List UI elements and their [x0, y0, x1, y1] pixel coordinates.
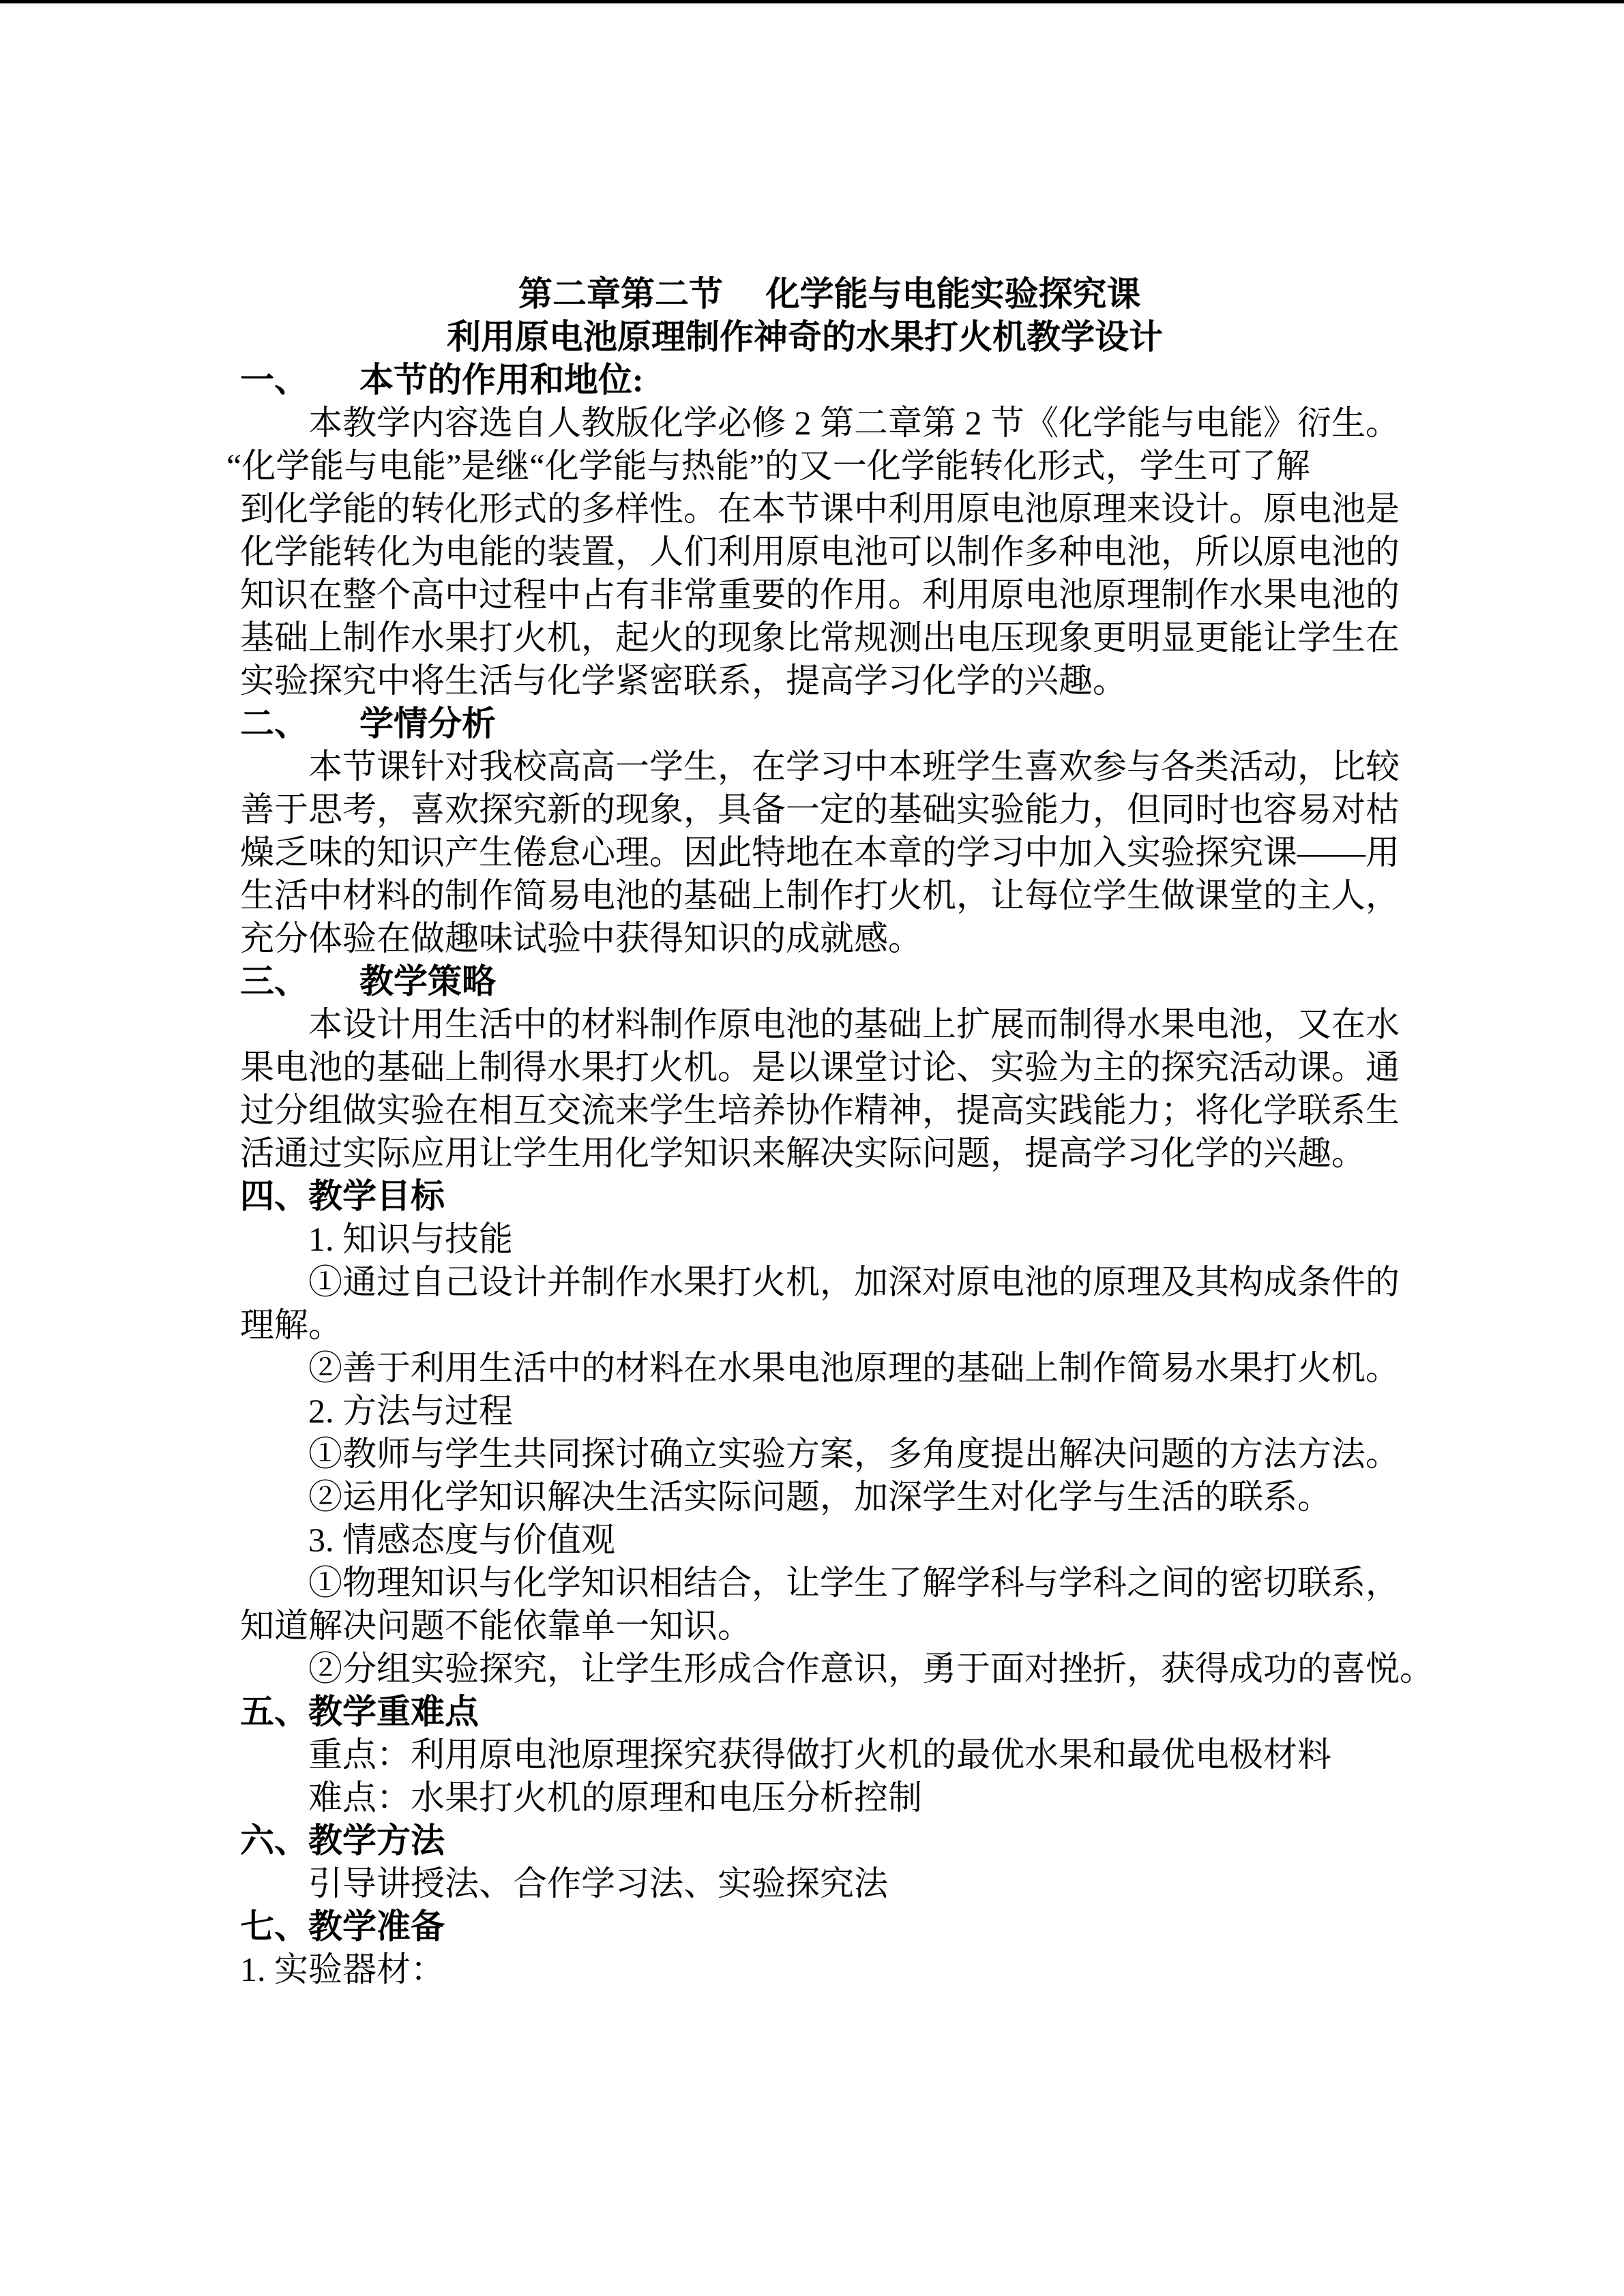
- doc-line: 生活中材料的制作简易电池的基础上制作打火机，让每位学生做课堂的主人，: [240, 874, 1406, 917]
- doc-line: 基础上制作水果打火机，起火的现象比常规测出电压现象更明显更能让学生在: [240, 616, 1406, 659]
- doc-line: ①通过自己设计并制作水果打火机，加深对原电池的原理及其构成条件的: [240, 1261, 1406, 1304]
- doc-line: 本节课针对我校高高一学生，在学习中本班学生喜欢参与各类活动，比较: [240, 745, 1406, 788]
- doc-line: 知识在整个高中过程中占有非常重要的作用。利用原电池原理制作水果电池的: [240, 573, 1406, 616]
- section-heading-1: 一、 本节的作用和地位:: [240, 359, 1406, 402]
- doc-line: ②善于利用生活中的材料在水果电池原理的基础上制作简易水果打火机。: [240, 1347, 1406, 1390]
- document-text-block: 第二章第二节 化学能与电能实验探究课 利用原电池原理制作神奇的水果打火机教学设计…: [240, 273, 1406, 1991]
- doc-line: 过分组做实验在相互交流来学生培养协作精神，提高实践能力；将化学联系生: [240, 1089, 1406, 1132]
- doc-line: 善于思考，喜欢探究新的现象，具备一定的基础实验能力，但同时也容易对枯: [240, 788, 1406, 831]
- page-top-edge: [0, 0, 1624, 3]
- doc-line: 重点：利用原电池原理探究获得做打火机的最优水果和最优电极材料: [240, 1733, 1406, 1776]
- doc-line: 实验探究中将生活与化学紧密联系，提高学习化学的兴趣。: [240, 659, 1406, 702]
- section-heading-3: 三、 教学策略: [240, 960, 1406, 1003]
- section-heading-4: 四、教学目标: [240, 1175, 1406, 1218]
- document-page: 第二章第二节 化学能与电能实验探究课 利用原电池原理制作神奇的水果打火机教学设计…: [0, 0, 1624, 2296]
- doc-line: 本教学内容选自人教版化学必修 2 第二章第 2 节《化学能与电能》衍生。: [240, 402, 1406, 445]
- section-heading-6: 六、教学方法: [240, 1819, 1406, 1862]
- doc-title-line-2: 利用原电池原理制作神奇的水果打火机教学设计: [240, 316, 1406, 359]
- doc-line: ②运用化学知识解决生活实际问题，加深学生对化学与生活的联系。: [240, 1476, 1406, 1519]
- doc-line: 到化学能的转化形式的多样性。在本节课中利用原电池原理来设计。原电池是: [240, 488, 1406, 531]
- doc-line: 2. 方法与过程: [240, 1390, 1406, 1433]
- doc-line: 理解。: [240, 1304, 1406, 1347]
- doc-line: 知道解决问题不能依靠单一知识。: [240, 1605, 1406, 1648]
- doc-line: ①物理知识与化学知识相结合，让学生了解学科与学科之间的密切联系，: [240, 1562, 1406, 1605]
- section-heading-5: 五、教学重难点: [240, 1690, 1406, 1733]
- doc-line: 本设计用生活中的材料制作原电池的基础上扩展而制得水果电池，又在水: [240, 1003, 1406, 1046]
- doc-line: ②分组实验探究，让学生形成合作意识，勇于面对挫折，获得成功的喜悦。: [240, 1648, 1406, 1690]
- doc-title-line-1: 第二章第二节 化学能与电能实验探究课: [240, 273, 1406, 316]
- section-heading-7: 七、教学准备: [240, 1905, 1406, 1948]
- doc-line: 化学能转化为电能的装置，人们利用原电池可以制作多种电池，所以原电池的: [240, 531, 1406, 573]
- doc-line: 1. 实验器材：: [240, 1948, 1406, 1991]
- section-heading-2: 二、 学情分析: [240, 702, 1406, 745]
- doc-line: ①教师与学生共同探讨确立实验方案，多角度提出解决问题的方法方法。: [240, 1433, 1406, 1476]
- doc-line: 3. 情感态度与价值观: [240, 1519, 1406, 1562]
- doc-line: 1. 知识与技能: [240, 1218, 1406, 1261]
- doc-line: 燥乏味的知识产生倦怠心理。因此特地在本章的学习中加入实验探究课——用: [240, 831, 1406, 874]
- doc-line: 引导讲授法、合作学习法、实验探究法: [240, 1862, 1406, 1905]
- doc-line: 果电池的基础上制得水果打火机。是以课堂讨论、实验为主的探究活动课。通: [240, 1046, 1406, 1089]
- doc-line: 难点：水果打火机的原理和电压分析控制: [240, 1776, 1406, 1819]
- doc-line: “化学能与电能”是继“化学能与热能”的又一化学能转化形式，学生可了解: [240, 445, 1406, 488]
- doc-line: 充分体验在做趣味试验中获得知识的成就感。: [240, 917, 1406, 960]
- doc-line: 活通过实际应用让学生用化学知识来解决实际问题，提高学习化学的兴趣。: [240, 1132, 1406, 1175]
